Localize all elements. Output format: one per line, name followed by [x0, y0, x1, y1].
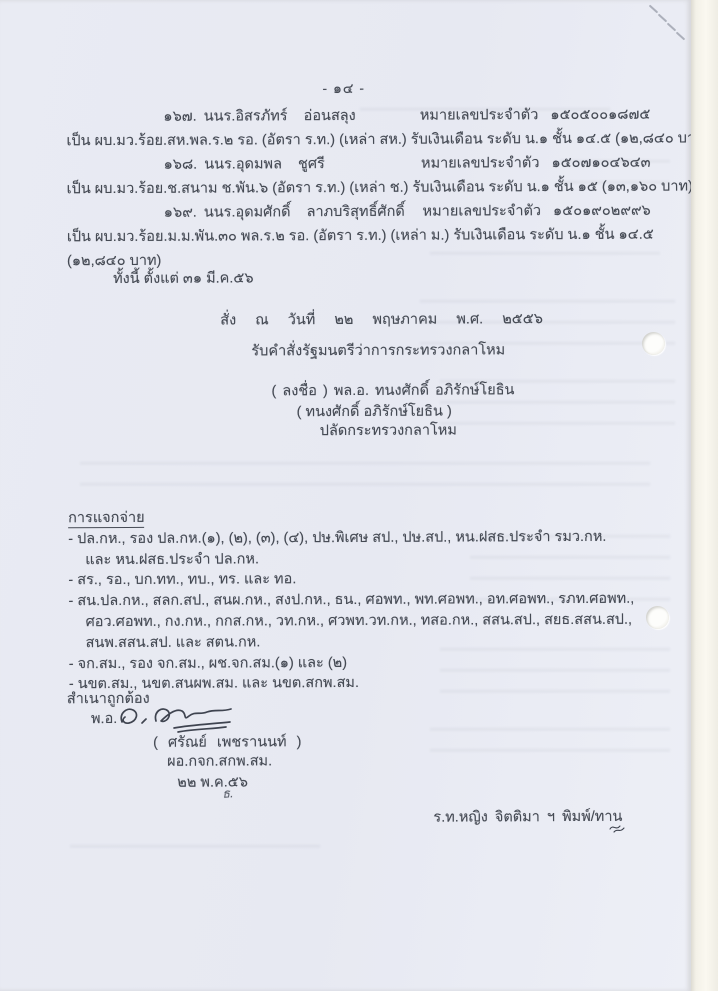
distribution-item: - นขต.สม., นขต.สนผพ.สม. และ นขต.สกพ.สม.: [69, 672, 669, 695]
distribution-item: - จก.สม., รอง จก.สม., ผช.จก.สม.(๑) และ (…: [69, 651, 669, 674]
id-label: หมายเลขประจำตัว: [423, 203, 542, 220]
distribution-item: - สน.ปล.กห., สลก.สป., สนผ.กห., สงป.กห., …: [68, 589, 668, 612]
entry-168-header: ๑๖๘.นนร.อุดมพลชูศรี หมายเลขประจำตัว๑๕๐๗๑…: [67, 151, 651, 178]
document-page: - ๑๔ - ๑๖๗.นนร.อิสรภัทร์อ่อนสลุง หมายเลข…: [0, 0, 691, 991]
cadet-last-name: ชูศรี: [298, 156, 325, 172]
by-order-line: รับคำสั่งรัฐมนตรีว่าการกระทรวงกลาโหม: [251, 338, 505, 363]
distribution-title: การแจกจ่าย: [68, 506, 668, 529]
distribution-item-cont: ศอว.ศอพท., กง.กห., กกส.กห., วท.กห., ศวพท…: [86, 610, 669, 633]
entry-number: ๑๖๗.: [163, 109, 196, 125]
entry-number: ๑๖๙.: [164, 205, 197, 221]
entry-167-detail: เป็น ผบ.มว.ร้อย.สห.พล.ร.๒ รอ. (อัตรา ร.ท…: [66, 127, 650, 154]
handwritten-initial: ธ.: [221, 781, 234, 806]
order-date-line: สั่ง ณ วันที่ ๒๒ พฤษภาคม พ.ศ. ๒๕๕๖: [220, 307, 543, 332]
entry-168-detail: เป็น ผบ.มว.ร้อย.ช.สนาม ช.พัน.๖ (อัตรา ร.…: [67, 175, 651, 202]
distribution-list: การแจกจ่าย - ปล.กห., รอง ปล.กห.(๑), (๒),…: [68, 506, 669, 696]
entry-169-detail: เป็น ผบ.มว.ร้อย.ม.ม.พัน.๓๐ พล.ร.๒ รอ. (อ…: [67, 223, 651, 250]
distribution-item: - สร., รอ., บก.ทท., ทบ., ทร. และ ทอ.: [68, 568, 668, 591]
id-label: หมายเลขประจำตัว: [420, 107, 539, 124]
id-number: ๑๕๐๗๑๐๔๖๔๓: [551, 155, 650, 171]
appointment-entries: ๑๖๗.นนร.อิสรภัทร์อ่อนสลุง หมายเลขประจำตั…: [66, 103, 651, 274]
cadet-last-name: ลาภบริสุทธิ์ศักดิ์: [307, 204, 405, 220]
scanner-background-edge: [691, 0, 718, 991]
id-number: ๑๕๐๕๐๐๑๘๗๕: [550, 107, 650, 123]
distribution-item-cont: และ หน.ฝสธ.ประจำ ปล.กห.: [85, 547, 668, 570]
effective-date-line: ทั้งนี้ ตั้งแต่ ๓๑ มี.ค.๕๖: [113, 266, 254, 291]
distribution-item: - ปล.กห., รอง ปล.กห.(๑), (๒), (๓), (๔), …: [68, 526, 668, 549]
certification-date: ๒๒ พ.ค.๕๖: [177, 770, 248, 794]
page-number: - ๑๔ -: [0, 74, 689, 101]
id-number: ๑๕๐๑๙๐๒๙๙๖: [553, 203, 651, 219]
typist-line: ร.ท.หญิง จิตติมา ฯ พิมพ์/ทาน: [433, 805, 622, 830]
entry-number: ๑๖๘.: [164, 157, 198, 173]
cadet-first-name: นนร.อุดมพล: [204, 156, 282, 172]
typist-check-mark: [608, 822, 626, 834]
cadet-last-name: อ่อนสลุง: [304, 108, 356, 124]
signer-title: ปลัดกระทรวงกลาโหม: [320, 419, 457, 444]
document-text-layer: - ๑๔ - ๑๖๗.นนร.อิสรภัทร์อ่อนสลุง หมายเลข…: [0, 0, 693, 991]
scanned-document-screenshot: - ๑๔ - ๑๖๗.นนร.อิสรภัทร์อ่อนสลุง หมายเลข…: [0, 0, 718, 991]
handwritten-signature: [112, 698, 250, 738]
cadet-first-name: นนร.อิสรภัทร์: [204, 108, 288, 124]
cadet-first-name: นนร.อุดมศักดิ์: [204, 204, 291, 220]
id-label: หมายเลขประจำตัว: [421, 155, 540, 172]
distribution-item-cont: สนพ.สสน.สป. และ สตน.กห.: [86, 630, 669, 653]
entry-169-header: ๑๖๙.นนร.อุดมศักดิ์ลาภบริสุทธิ์ศักดิ์ หมา…: [67, 199, 651, 226]
entry-167-header: ๑๖๗.นนร.อิสรภัทร์อ่อนสลุง หมายเลขประจำตั…: [66, 103, 650, 130]
